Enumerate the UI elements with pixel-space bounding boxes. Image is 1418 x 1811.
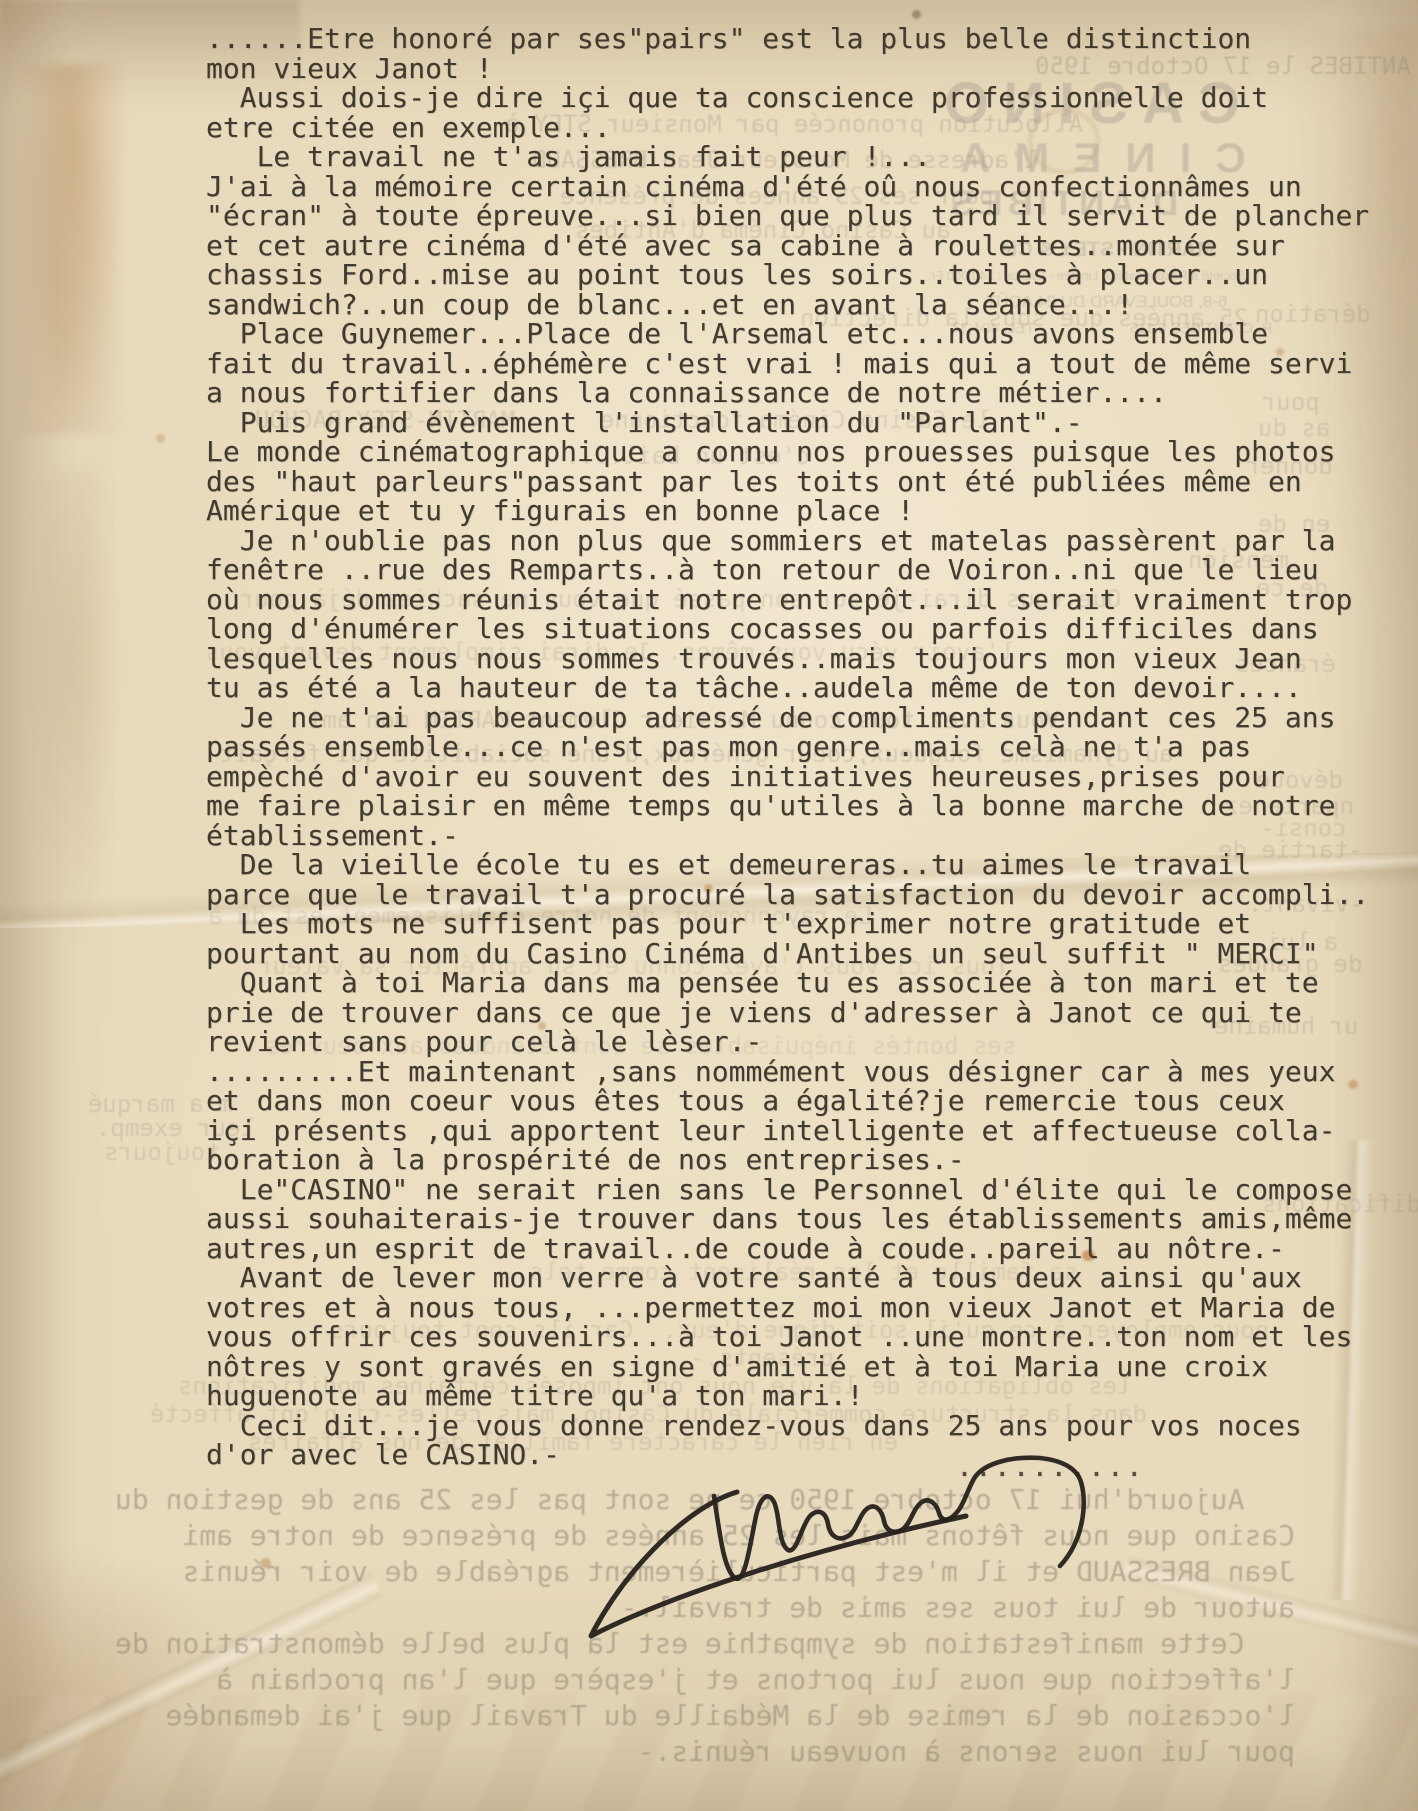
rust-spot (912, 10, 921, 19)
bleedthrough-bottom-paragraph: Aujourd'hui 17 octobre 1950 ce ne sont p… (115, 1482, 1295, 1770)
letter-body: ......Etre honoré par ses"pairs" est la … (206, 24, 1369, 1470)
ghost-fragment: toujours (104, 1138, 220, 1166)
paper-stain (26, 470, 122, 950)
scanned-letter-page: ANTIBES le 17 Octobre 1950CASINOCINEMAD'… (0, 0, 1418, 1811)
rust-spot (156, 434, 165, 443)
paper-stain (16, 64, 128, 434)
trailing-dots: .......... (956, 1450, 1145, 1483)
